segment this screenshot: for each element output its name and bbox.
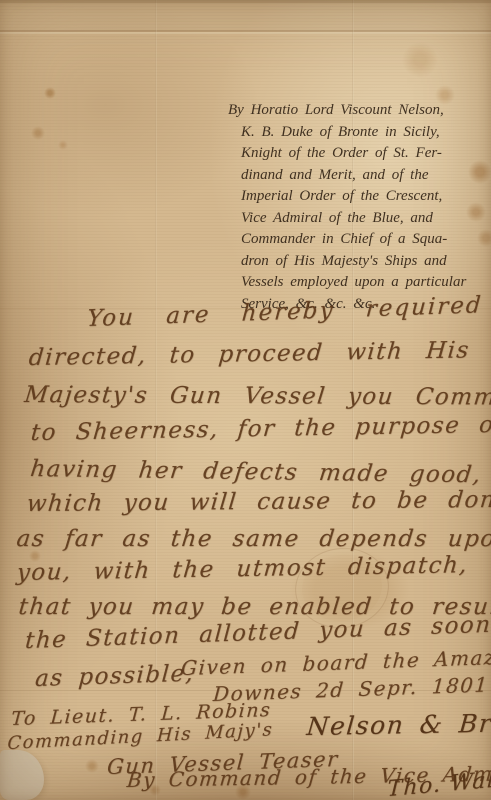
letterhead-line: Vessels employed upon a particular (241, 272, 480, 294)
handwritten-body-line: as far as the same depends upon (15, 526, 491, 552)
handwritten-body-line: you, with the utmost dispatch, (16, 552, 470, 586)
tape-residue-patch (0, 750, 44, 800)
printed-letterhead: By Horatio Lord Viscount Nelson, K. B. D… (228, 100, 480, 315)
letterhead-line: Knight of the Order of St. Fer- (241, 143, 480, 165)
handwritten-body-line: as possible, (34, 660, 195, 692)
nelson-signature: Nelson & Bronte (305, 707, 491, 741)
fold-crease-horizontal (0, 30, 491, 32)
handwritten-body-line: which you will cause to be done (25, 487, 491, 517)
letterhead-line: dinand and Merit, and of the (241, 165, 480, 187)
letterhead-line: Imperial Order of the Crescent, (241, 186, 480, 208)
letterhead-line: K. B. Duke of Bronte in Sicily, (241, 122, 480, 144)
letterhead-line: dron of His Majesty's Ships and (241, 251, 480, 273)
handwritten-body-line: directed, to proceed with His (28, 337, 471, 371)
handwritten-body-line: having her defects made good, (29, 456, 483, 488)
letterhead-line: Commander in Chief of a Squa- (241, 229, 480, 251)
handwritten-body-line: Majesty's Gun Vessel you Command (23, 382, 491, 411)
handwritten-body-line: to Sheerness, for the purpose of (30, 412, 491, 446)
top-fold-band (0, 0, 491, 30)
letter-document: By Horatio Lord Viscount Nelson, K. B. D… (0, 0, 491, 800)
paper-edge (0, 0, 491, 3)
letterhead-line: By Horatio Lord Viscount Nelson, (228, 100, 480, 122)
letterhead-line: Vice Admiral of the Blue, and (241, 208, 480, 230)
